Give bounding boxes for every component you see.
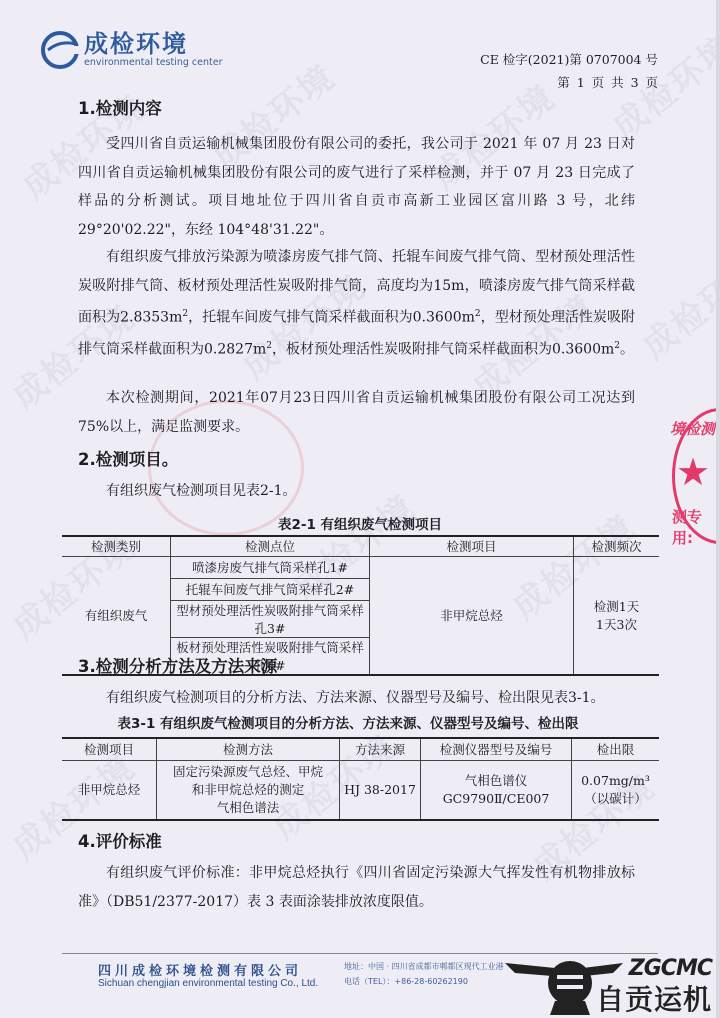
section-1-title: 1.检测内容 [78, 95, 162, 119]
star-icon: ★ [676, 452, 710, 492]
table-3-1-caption: 表3-1 有组织废气检测项目的分析方法、方法来源、仪器型号及编号、检出限 [0, 712, 708, 732]
section-1-paragraph-1: 受四川省自贡运输机械集团股份有限公司的委托，我公司于 2021 年 07 月 2… [78, 130, 635, 244]
table-header: 检测方法 [157, 738, 340, 760]
table-cell-item: 非甲烷总烃 [370, 556, 574, 675]
zgcmc-chinese-name: 自贡运机 [596, 978, 712, 1018]
table-row: 非甲烷总烃 固定污染源废气总烃、甲烷和非甲烷总烃的测定气相色谱法 HJ 38-2… [62, 760, 659, 820]
table-row: 有组织废气 喷漆房废气排气筒采样孔1# 非甲烷总烃 检测1天1天3次 [62, 556, 659, 578]
section-3-title: 3.检测分析方法及方法来源 [78, 653, 277, 677]
table-cell-point: 喷漆房废气排气筒采样孔1# [171, 556, 370, 578]
logo-english: environmental testing center [84, 57, 223, 69]
header-logo: 成检环境 environmental testing center [40, 30, 223, 70]
report-number: CE 检字(2021)第 0707004 号 [480, 50, 658, 68]
table-header: 方法来源 [340, 738, 421, 760]
table-2-1-caption: 表2-1 有组织废气检测项目 [0, 513, 720, 533]
e-logo-icon [40, 30, 80, 70]
report-page: 成检环境 成检环境 成检环境 成检环境 成检环境 成检环境 成检环境 成检环境 … [0, 0, 720, 1018]
section-4-paragraph: 有组织废气评价标准：非甲烷总烃执行《四川省固定污染源大气挥发性有机物排放标准》（… [78, 859, 635, 916]
footer-telephone: 电话（TEL）：+86-28-60262190 [344, 976, 468, 987]
table-cell-point: 托辊车间废气排气筒采样孔2# [171, 578, 370, 600]
table-cell-point: 型材预处理活性炭吸附排气筒采样孔3# [171, 600, 370, 637]
table-header: 检测项目 [370, 536, 574, 556]
table-cell-limit: 0.07mg/m³（以碳计） [572, 760, 660, 820]
footer-divider [62, 953, 658, 954]
section-2-paragraph: 有组织废气检测项目见表2-1。 [78, 477, 635, 506]
table-cell-item: 非甲烷总烃 [62, 760, 157, 820]
table-cell-frequency: 检测1天1天3次 [574, 556, 660, 675]
table-header: 检测点位 [171, 536, 370, 556]
table-cell-method: 固定污染源废气总烃、甲烷和非甲烷总烃的测定气相色谱法 [157, 760, 340, 820]
table-header: 检测类别 [62, 536, 171, 556]
stamp-text-top: 境检测 [670, 418, 715, 439]
table-header: 检测仪器型号及编号 [421, 738, 572, 760]
watermark: 成检环境 [630, 241, 720, 368]
section-1-paragraph-3: 本次检测期间，2021年07月23日四川省自贡运输机械集团股份有限公司工况达到7… [78, 384, 635, 441]
table-3-1: 检测项目 检测方法 方法来源 检测仪器型号及编号 检出限 非甲烷总烃 固定污染源… [62, 737, 659, 821]
section-2-title: 2.检测项目。 [78, 446, 178, 470]
footer-company-cn: 四川成检环境检测有限公司 [98, 960, 302, 979]
table-header: 检出限 [572, 738, 660, 760]
section-4-title: 4.评价标准 [78, 828, 162, 852]
table-cell-source: HJ 38-2017 [340, 760, 421, 820]
section-1-paragraph-2: 有组织废气排放污染源为喷漆房废气排气筒、托辊车间废气排气筒、型材预处理活性炭吸附… [78, 243, 635, 364]
page-edge [716, 0, 720, 1018]
section-3-paragraph: 有组织废气检测项目的分析方法、方法来源、仪器型号及编号、检出限见表3-1。 [78, 684, 635, 713]
footer-address: 地址：中国 · 四川省成都市郫都区现代工业港 [344, 961, 504, 972]
table-header: 检测频次 [574, 536, 660, 556]
stamp-text-bottom: 测专用: [672, 506, 720, 548]
table-cell-instrument: 气相色谱仪GC9790Ⅱ/CE007 [421, 760, 572, 820]
table-header: 检测项目 [62, 738, 157, 760]
footer-company-en: Sichuan chengjian environmental testing … [98, 978, 318, 989]
page-number: 第 1 页 共 3 页 [557, 73, 658, 91]
logo-chinese: 成检环境 [84, 31, 223, 57]
